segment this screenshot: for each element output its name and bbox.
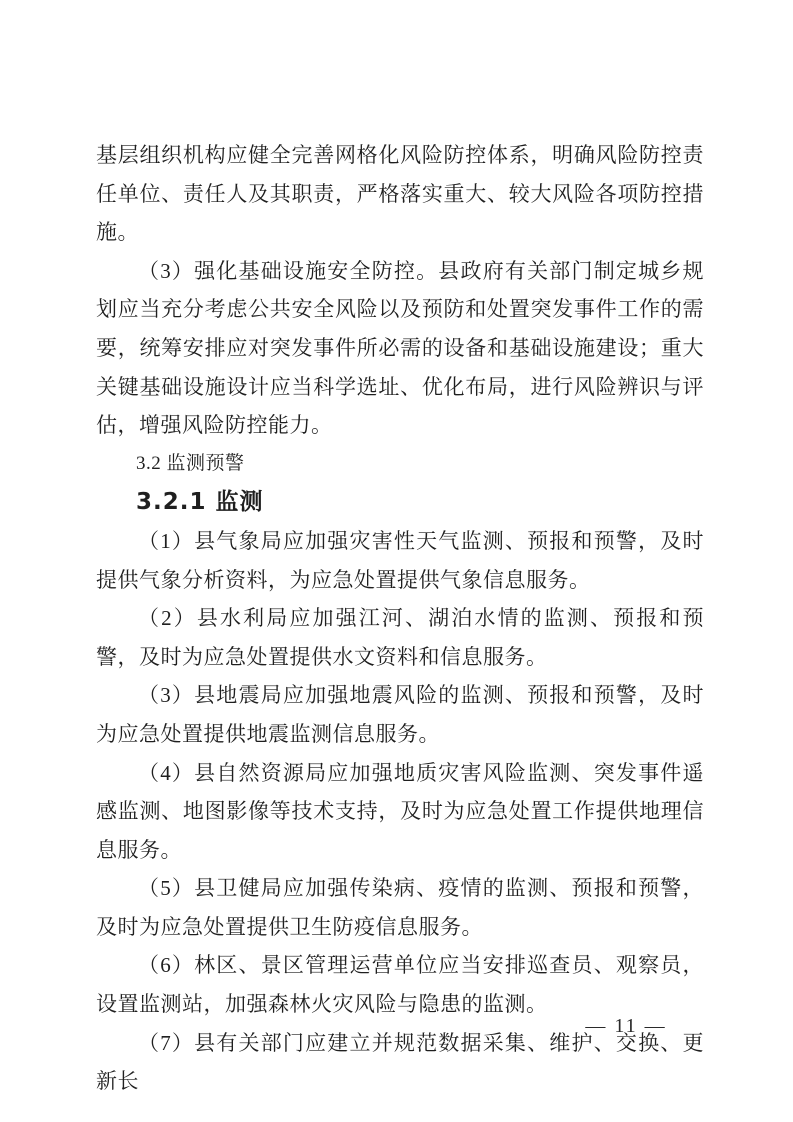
section-heading: 3.2 监测预警: [96, 445, 704, 484]
body-paragraph: （3）强化基础设施安全防控。县政府有关部门制定城乡规划应当充分考虑公共安全风险以…: [96, 252, 704, 445]
body-paragraph: （1）县气象局应加强灾害性天气监测、预报和预警，及时提供气象分析资料，为应急处置…: [96, 522, 704, 599]
page-number: — 11 —: [558, 1012, 694, 1040]
body-paragraph: （3）县地震局应加强地震风险的监测、预报和预警，及时为应急处置提供地震监测信息服…: [96, 676, 704, 753]
document-page: 基层组织机构应健全完善网格化风险防控体系，明确风险防控责任单位、责任人及其职责，…: [0, 0, 793, 1122]
text-content: 基层组织机构应健全完善网格化风险防控体系，明确风险防控责任单位、责任人及其职责，…: [96, 136, 704, 1101]
body-paragraph: （2）县水利局应加强江河、湖泊水情的监测、预报和预警，及时为应急处置提供水文资料…: [96, 599, 704, 676]
body-paragraph: （5）县卫健局应加强传染病、疫情的监测、预报和预警，及时为应急处置提供卫生防疫信…: [96, 869, 704, 946]
subsection-heading: 3.2.1 监测: [96, 483, 704, 522]
body-paragraph: （4）县自然资源局应加强地质灾害风险监测、突发事件遥感监测、地图影像等技术支持，…: [96, 754, 704, 870]
body-paragraph-continuation: 基层组织机构应健全完善网格化风险防控体系，明确风险防控责任单位、责任人及其职责，…: [96, 136, 704, 252]
